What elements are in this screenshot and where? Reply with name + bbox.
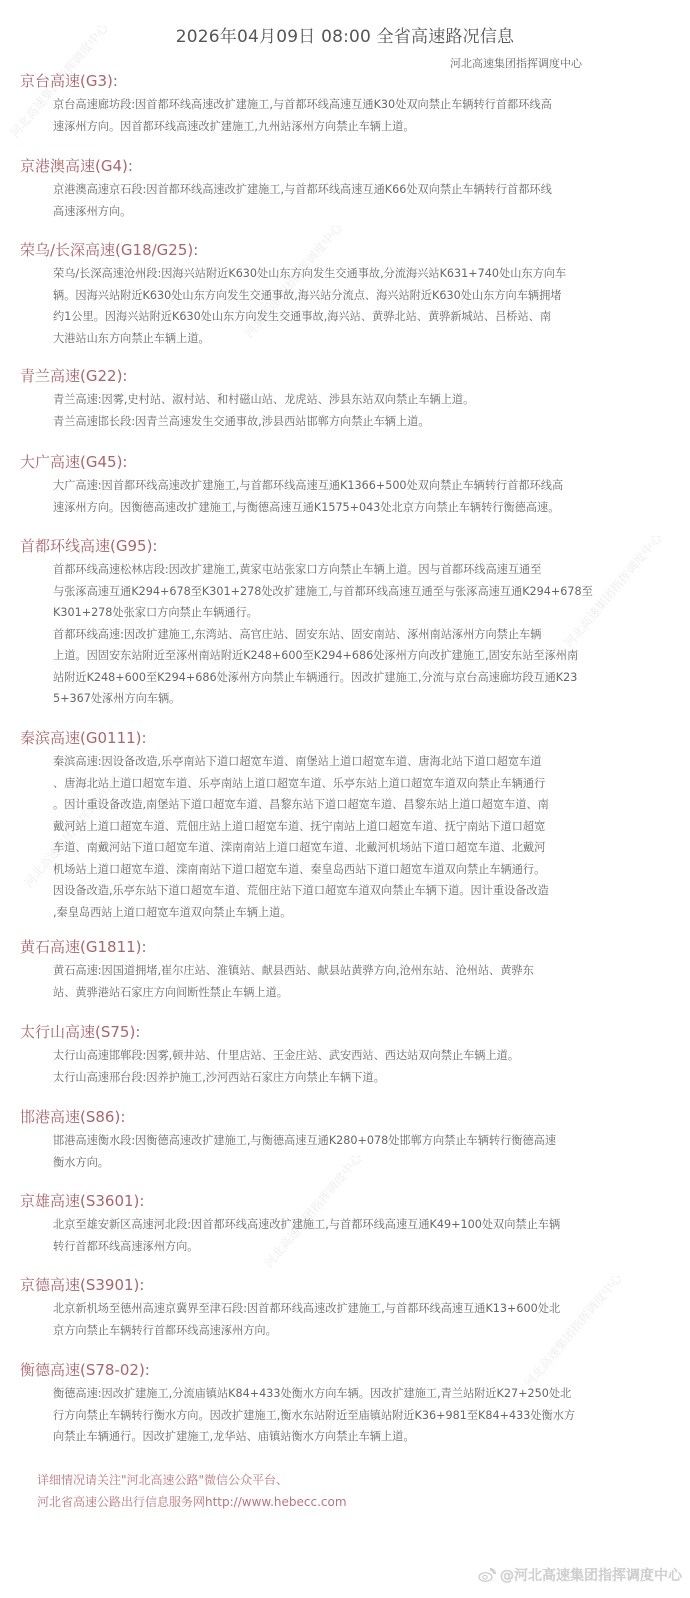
section-heading: 大广高速(G45): bbox=[20, 451, 127, 472]
text-line: 转行首都环线高速涿州方向。 bbox=[53, 1236, 683, 1258]
text-line: 上道。因固安东站附近至涿州南站附近K248+600至K294+686处涿州方向改… bbox=[53, 645, 683, 667]
page-title: 2026年04月09日 08:00 全省高速路况信息 bbox=[0, 22, 690, 47]
section-body: 荣乌/长深高速沧州段:因海兴站附近K630处山东方向发生交通事故,分流海兴站K6… bbox=[53, 263, 683, 349]
section-heading: 青兰高速(G22): bbox=[20, 365, 127, 386]
text-line: 行方向禁止车辆转行衡水方向。因改扩建施工,衡水东站附近至庙镇站附近K36+981… bbox=[53, 1405, 683, 1427]
text-line: 站、黄骅港站石家庄方向间断性禁止车辆上道。 bbox=[53, 982, 683, 1004]
text-line: 约1公里。因海兴站附近K630处山东方向发生交通事故,海兴站、黄骅北站、黄骅新城… bbox=[53, 306, 683, 328]
section-body: 黄石高速:因国道拥堵,崔尔庄站、淮镇站、献县西站、献县站黄骅方向,沧州东站、沧州… bbox=[53, 960, 683, 1003]
text-line: 秦滨高速:因设备改造,乐亭南站下道口超宽车道、南堡站上道口超宽车道、唐海北站下道… bbox=[53, 751, 683, 773]
text-line: 站附近K248+600至K294+686处涿州方向禁止车辆通行。因改扩建施工,分… bbox=[53, 667, 683, 689]
text-line: 速涿州方向。因衡德高速改扩建施工,与衡德高速互通K1575+043处北京方向禁止… bbox=[53, 497, 683, 519]
text-line: 京方向禁止车辆转行首都环线高速涿州方向。 bbox=[53, 1320, 683, 1342]
text-line: 机场站上道口超宽车道、滦南南站下道口超宽车道、秦皇岛西站下道口超宽车道双向禁止车… bbox=[53, 859, 683, 881]
section-heading: 邯港高速(S86): bbox=[20, 1106, 125, 1127]
footer-notice: 详细情况请关注"河北高速公路"微信公众平台、 河北省高速公路出行信息服务网htt… bbox=[37, 1469, 347, 1513]
section-body: 邯港高速衡水段:因衡德高速改扩建施工,与衡德高速互通K280+078处邯郸方向禁… bbox=[53, 1130, 683, 1173]
weibo-icon bbox=[478, 1568, 496, 1582]
text-line: 5+367处涿州方向车辆。 bbox=[53, 688, 683, 710]
section-body: 北京至雄安新区高速河北段:因首都环线高速改扩建施工,与首都环线高速互通K49+1… bbox=[53, 1214, 683, 1257]
text-line: 戴河站上道口超宽车道、荒佃庄站上道口超宽车道、抚宁南站上道口超宽车道、抚宁南站下… bbox=[53, 816, 683, 838]
weibo-account-name: @河北高速集团指挥调度中心 bbox=[500, 1565, 682, 1585]
text-line: 大广高速:因首都环线高速改扩建施工,与首都环线高速互通K1366+500处双向禁… bbox=[53, 475, 683, 497]
section-body: 大广高速:因首都环线高速改扩建施工,与首都环线高速互通K1366+500处双向禁… bbox=[53, 475, 683, 518]
text-line: 青兰高速:因雾,史村站、淑村站、和村磁山站、龙虎站、涉县东站双向禁止车辆上道。 bbox=[53, 389, 683, 411]
section-heading: 太行山高速(S75): bbox=[20, 1021, 140, 1042]
text-line: 衡水方向。 bbox=[53, 1152, 683, 1174]
text-line: 荣乌/长深高速沧州段:因海兴站附近K630处山东方向发生交通事故,分流海兴站K6… bbox=[53, 263, 683, 285]
text-line: 辆。因海兴站附近K630处山东方向发生交通事故,海兴站分流点、海兴站附近K630… bbox=[53, 285, 683, 307]
text-line: 京台高速廊坊段:因首都环线高速改扩建施工,与首都环线高速互通K30处双向禁止车辆… bbox=[53, 94, 683, 116]
text-line: 因设备改造,乐亭东站下道口超宽车道、荒佃庄站下道口超宽车道双向禁止车辆下道。因计… bbox=[53, 880, 683, 902]
section-body: 京台高速廊坊段:因首都环线高速改扩建施工,与首都环线高速互通K30处双向禁止车辆… bbox=[53, 94, 683, 137]
text-line: 首都环线高速松林店段:因改扩建施工,黄家屯站张家口方向禁止车辆上道。因与首都环线… bbox=[53, 559, 683, 581]
section-body: 首都环线高速松林店段:因改扩建施工,黄家屯站张家口方向禁止车辆上道。因与首都环线… bbox=[53, 559, 683, 710]
text-line: 速涿州方向。因首都环线高速改扩建施工,九州站涿州方向禁止车辆上道。 bbox=[53, 116, 683, 138]
text-line: 北京新机场至德州高速京冀界至津石段:因首都环线高速改扩建施工,与首都环线高速互通… bbox=[53, 1298, 683, 1320]
section-body: 京港澳高速京石段:因首都环线高速改扩建施工,与首都环线高速互通K66处双向禁止车… bbox=[53, 179, 683, 222]
section-heading: 京德高速(S3901): bbox=[20, 1274, 144, 1295]
organization-name: 河北高速集团指挥调度中心 bbox=[450, 55, 582, 71]
section-heading: 京台高速(G3): bbox=[20, 70, 118, 91]
section-body: 太行山高速邯郸段:因雾,顿井站、什里店站、王金庄站、武安西站、西达站双向禁止车辆… bbox=[53, 1045, 683, 1088]
text-line: 太行山高速邢台段:因养护施工,沙河西站石家庄方向禁止车辆下道。 bbox=[53, 1067, 683, 1089]
section-heading: 荣乌/长深高速(G18/G25): bbox=[20, 239, 198, 260]
text-line: 青兰高速邯长段:因青兰高速发生交通事故,涉县西站邯郸方向禁止车辆上道。 bbox=[53, 411, 683, 433]
section-body: 北京新机场至德州高速京冀界至津石段:因首都环线高速改扩建施工,与首都环线高速互通… bbox=[53, 1298, 683, 1341]
text-line: 。因计重设备改造,南堡站下道口超宽车道、昌黎东站下道口超宽车道、昌黎东站上道口超… bbox=[53, 794, 683, 816]
text-line: ,秦皇岛西站上道口超宽车道双向禁止车辆上道。 bbox=[53, 902, 683, 924]
text-line: 、唐海北站上道口超宽车道、乐亭南站上道口超宽车道、乐亭东站上道口超宽车道双向禁止… bbox=[53, 773, 683, 795]
section-heading: 黄石高速(G1811): bbox=[20, 936, 147, 957]
footer-website-line[interactable]: 河北省高速公路出行信息服务网http://www.hebecc.com bbox=[37, 1491, 347, 1513]
section-body: 青兰高速:因雾,史村站、淑村站、和村磁山站、龙虎站、涉县东站双向禁止车辆上道。 … bbox=[53, 389, 683, 432]
road-condition-notice: 河北高速集团指挥调度中心 河北高速集团指挥调度中心 河北高速集团指挥调度中心 河… bbox=[0, 0, 690, 1598]
text-line: 北京至雄安新区高速河北段:因首都环线高速改扩建施工,与首都环线高速互通K49+1… bbox=[53, 1214, 683, 1236]
text-line: 车道、南戴河站下道口超宽车道、滦南南站上道口超宽车道、北戴河机场站下道口超宽车道… bbox=[53, 837, 683, 859]
text-line: 邯港高速衡水段:因衡德高速改扩建施工,与衡德高速互通K280+078处邯郸方向禁… bbox=[53, 1130, 683, 1152]
weibo-watermark: @河北高速集团指挥调度中心 bbox=[478, 1565, 682, 1585]
text-line: 衡德高速:因改扩建施工,分流庙镇站K84+433处衡水方向车辆。因改扩建施工,青… bbox=[53, 1383, 683, 1405]
text-line: 黄石高速:因国道拥堵,崔尔庄站、淮镇站、献县西站、献县站黄骅方向,沧州东站、沧州… bbox=[53, 960, 683, 982]
text-line: 大港站山东方向禁止车辆上道。 bbox=[53, 328, 683, 350]
text-line: 京港澳高速京石段:因首都环线高速改扩建施工,与首都环线高速互通K66处双向禁止车… bbox=[53, 179, 683, 201]
text-line: 向禁止车辆通行。因改扩建施工,龙华站、庙镇站衡水方向禁止车辆上道。 bbox=[53, 1426, 683, 1448]
section-heading: 京港澳高速(G4): bbox=[20, 155, 133, 176]
text-line: K301+278处张家口方向禁止车辆通行。 bbox=[53, 602, 683, 624]
text-line: 太行山高速邯郸段:因雾,顿井站、什里店站、王金庄站、武安西站、西达站双向禁止车辆… bbox=[53, 1045, 683, 1067]
section-heading: 秦滨高速(G0111): bbox=[20, 727, 147, 748]
section-heading: 首都环线高速(G95): bbox=[20, 535, 157, 556]
section-heading: 京雄高速(S3601): bbox=[20, 1190, 144, 1211]
footer-wechat-line: 详细情况请关注"河北高速公路"微信公众平台、 bbox=[37, 1469, 347, 1491]
section-body: 衡德高速:因改扩建施工,分流庙镇站K84+433处衡水方向车辆。因改扩建施工,青… bbox=[53, 1383, 683, 1448]
text-line: 高速涿州方向。 bbox=[53, 201, 683, 223]
text-line: 首都环线高速:因改扩建施工,东湾站、高官庄站、固安东站、固安南站、涿州南站涿州方… bbox=[53, 624, 683, 646]
section-body: 秦滨高速:因设备改造,乐亭南站下道口超宽车道、南堡站上道口超宽车道、唐海北站下道… bbox=[53, 751, 683, 923]
section-heading: 衡德高速(S78-02): bbox=[20, 1359, 150, 1380]
text-line: 与张涿高速互通K294+678至K301+278处改扩建施工,与首都环线高速互通… bbox=[53, 581, 683, 603]
